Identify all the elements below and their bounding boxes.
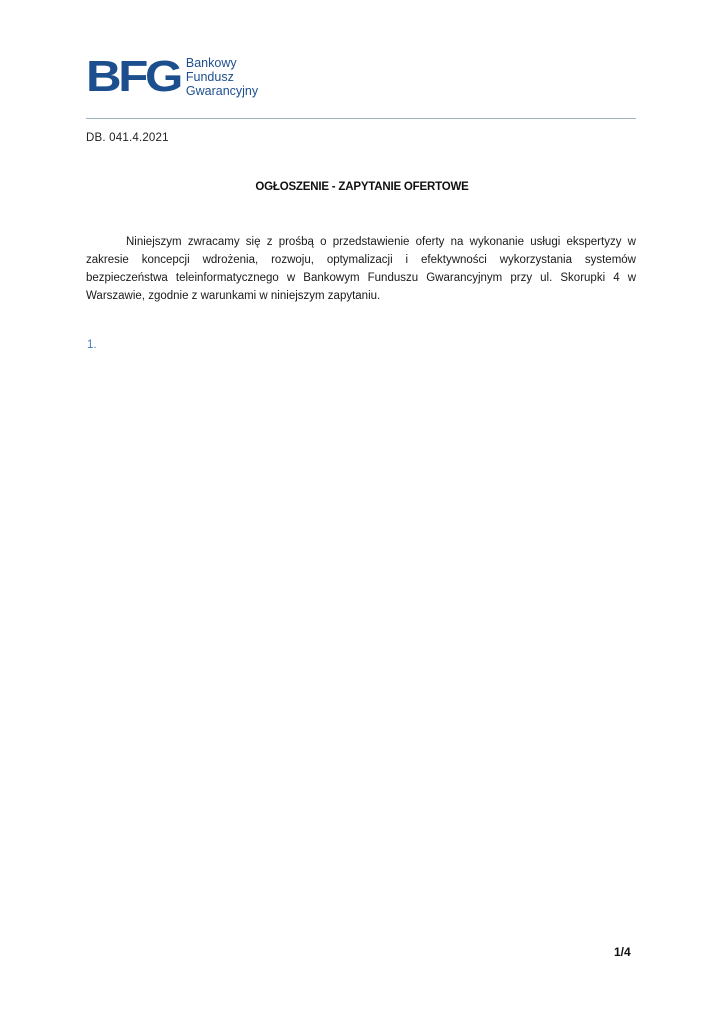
logo-line-1: Bankowy [186, 56, 258, 70]
header-divider [86, 118, 636, 119]
list-item-number: 1. [87, 339, 97, 351]
intro-paragraph: Niniejszym zwracamy się z prośbą o przed… [86, 233, 636, 305]
page-number: 1/4 [614, 945, 631, 959]
bfg-logo: BFG Bankowy Fundusz Gwarancyjny [86, 55, 258, 99]
document-title: OGŁOSZENIE - ZAPYTANIE OFERTOWE [0, 181, 724, 193]
logo-mark: BFG [86, 55, 180, 99]
logo-line-3: Gwarancyjny [186, 84, 258, 98]
logo-wordmark: Bankowy Fundusz Gwarancyjny [186, 56, 258, 98]
document-reference: DB. 041.4.2021 [86, 132, 169, 144]
logo-line-2: Fundusz [186, 70, 258, 84]
